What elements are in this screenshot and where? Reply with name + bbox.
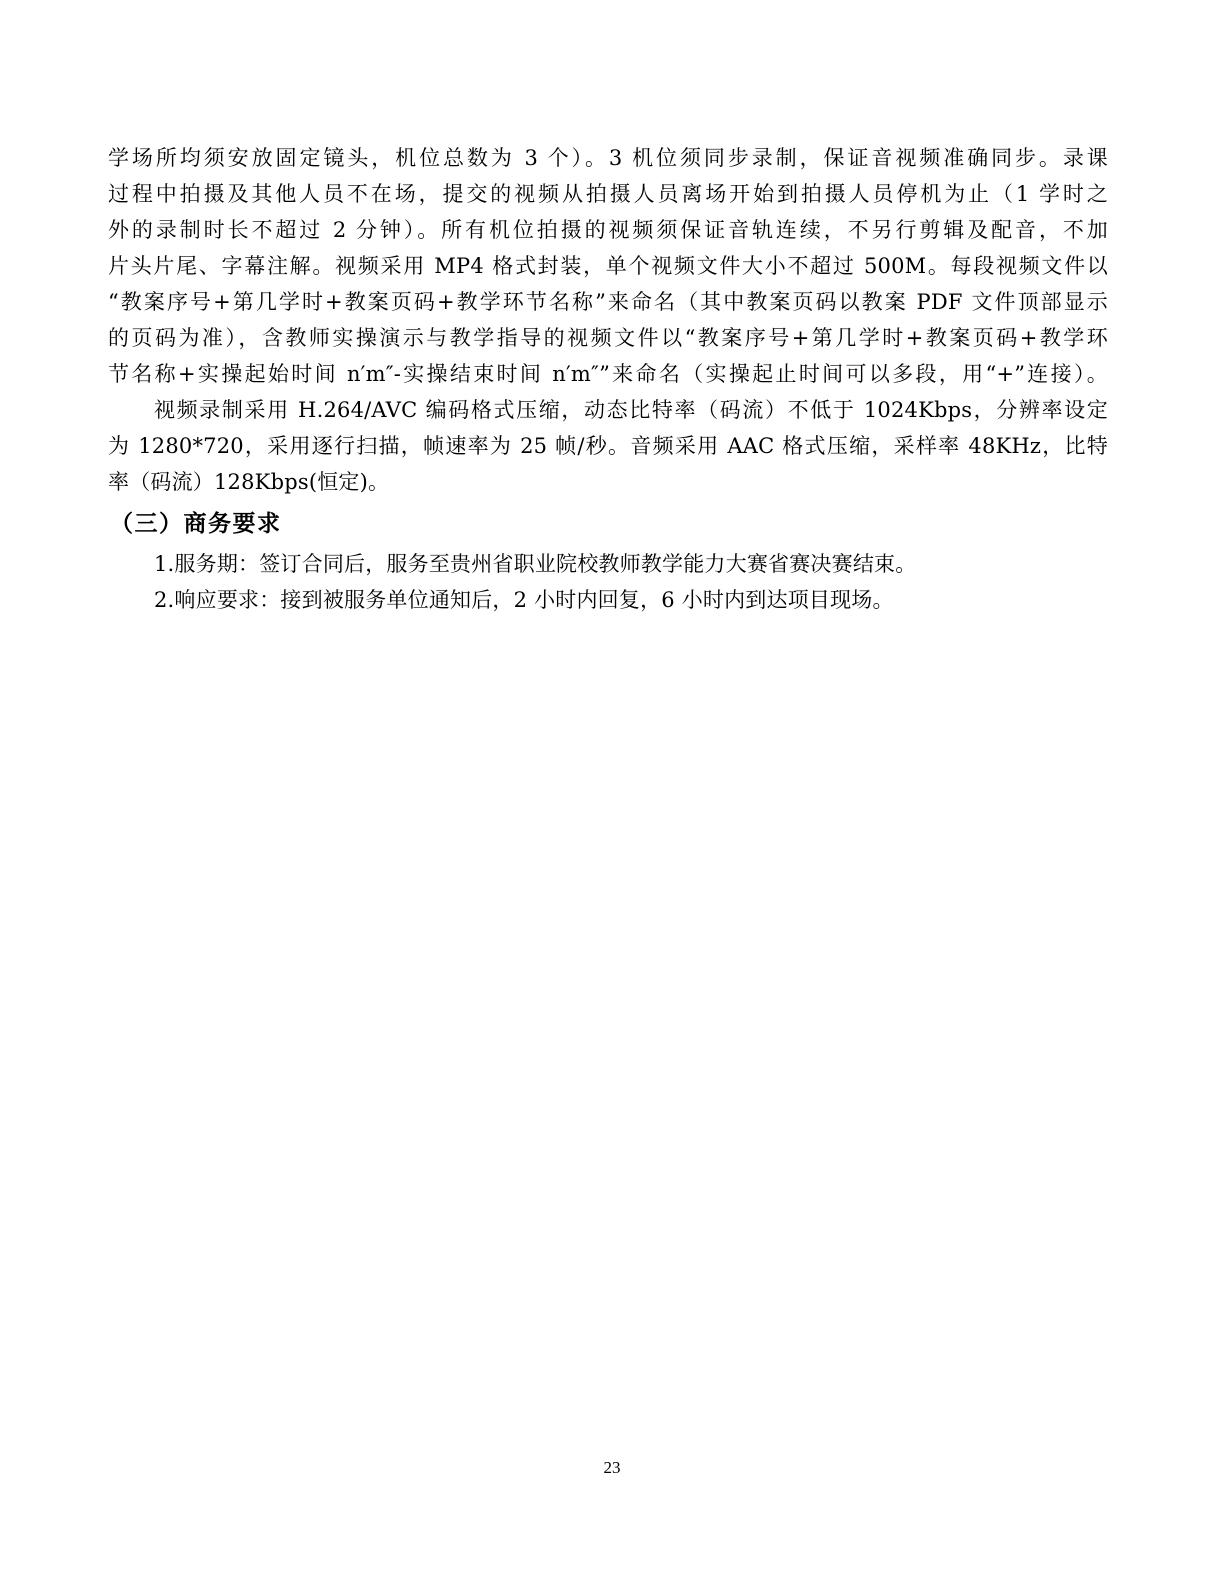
requirements-list: 1.服务期：签订合同后，服务至贵州省职业院校教师教学能力大赛省赛决赛结束。 2.… [108,546,1108,618]
list-item-response-requirement: 2.响应要求：接到被服务单位通知后，2 小时内回复，6 小时内到达项目现场。 [108,582,1108,618]
paragraph-line: 为 1280*720，采用逐行扫描，帧速率为 25 帧/秒。音频采用 AAC 格… [108,428,1108,464]
paragraph-line: 过程中拍摄及其他人员不在场，提交的视频从拍摄人员离场开始到拍摄人员停机为止（1 … [108,176,1108,212]
paragraph-line: 节名称+实操起始时间 n′m″-实操结束时间 n′m″”来命名（实操起止时间可以… [108,356,1108,392]
paragraph-line: “教案序号+第几学时+教案页码+教学环节名称”来命名（其中教案页码以教案 PDF… [108,284,1108,320]
paragraph-line: 片头片尾、字幕注解。视频采用 MP4 格式封装，单个视频文件大小不超过 500M… [108,248,1108,284]
document-page: 学场所均须安放固定镜头，机位总数为 3 个）。3 机位须同步录制，保证音视频准确… [108,140,1108,618]
list-item-service-period: 1.服务期：签订合同后，服务至贵州省职业院校教师教学能力大赛省赛决赛结束。 [108,546,1108,582]
section-heading-business-requirements: （三）商务要求 [110,506,1108,546]
paragraph-line: 外的录制时长不超过 2 分钟）。所有机位拍摄的视频须保证音轨连续，不另行剪辑及配… [108,212,1108,248]
paragraph-line: 学场所均须安放固定镜头，机位总数为 3 个）。3 机位须同步录制，保证音视频准确… [108,140,1108,176]
paragraph-line: 率（码流）128Kbps(恒定)。 [108,464,1108,500]
page-number: 23 [0,1458,1224,1478]
encoding-paragraph: 视频录制采用 H.264/AVC 编码格式压缩，动态比特率（码流）不低于 102… [108,392,1108,500]
paragraph-line: 视频录制采用 H.264/AVC 编码格式压缩，动态比特率（码流）不低于 102… [108,392,1108,428]
video-naming-paragraph: 学场所均须安放固定镜头，机位总数为 3 个）。3 机位须同步录制，保证音视频准确… [108,140,1108,392]
paragraph-line: 的页码为准），含教师实操演示与教学指导的视频文件以“教案序号+第几学时+教案页码… [108,320,1108,356]
